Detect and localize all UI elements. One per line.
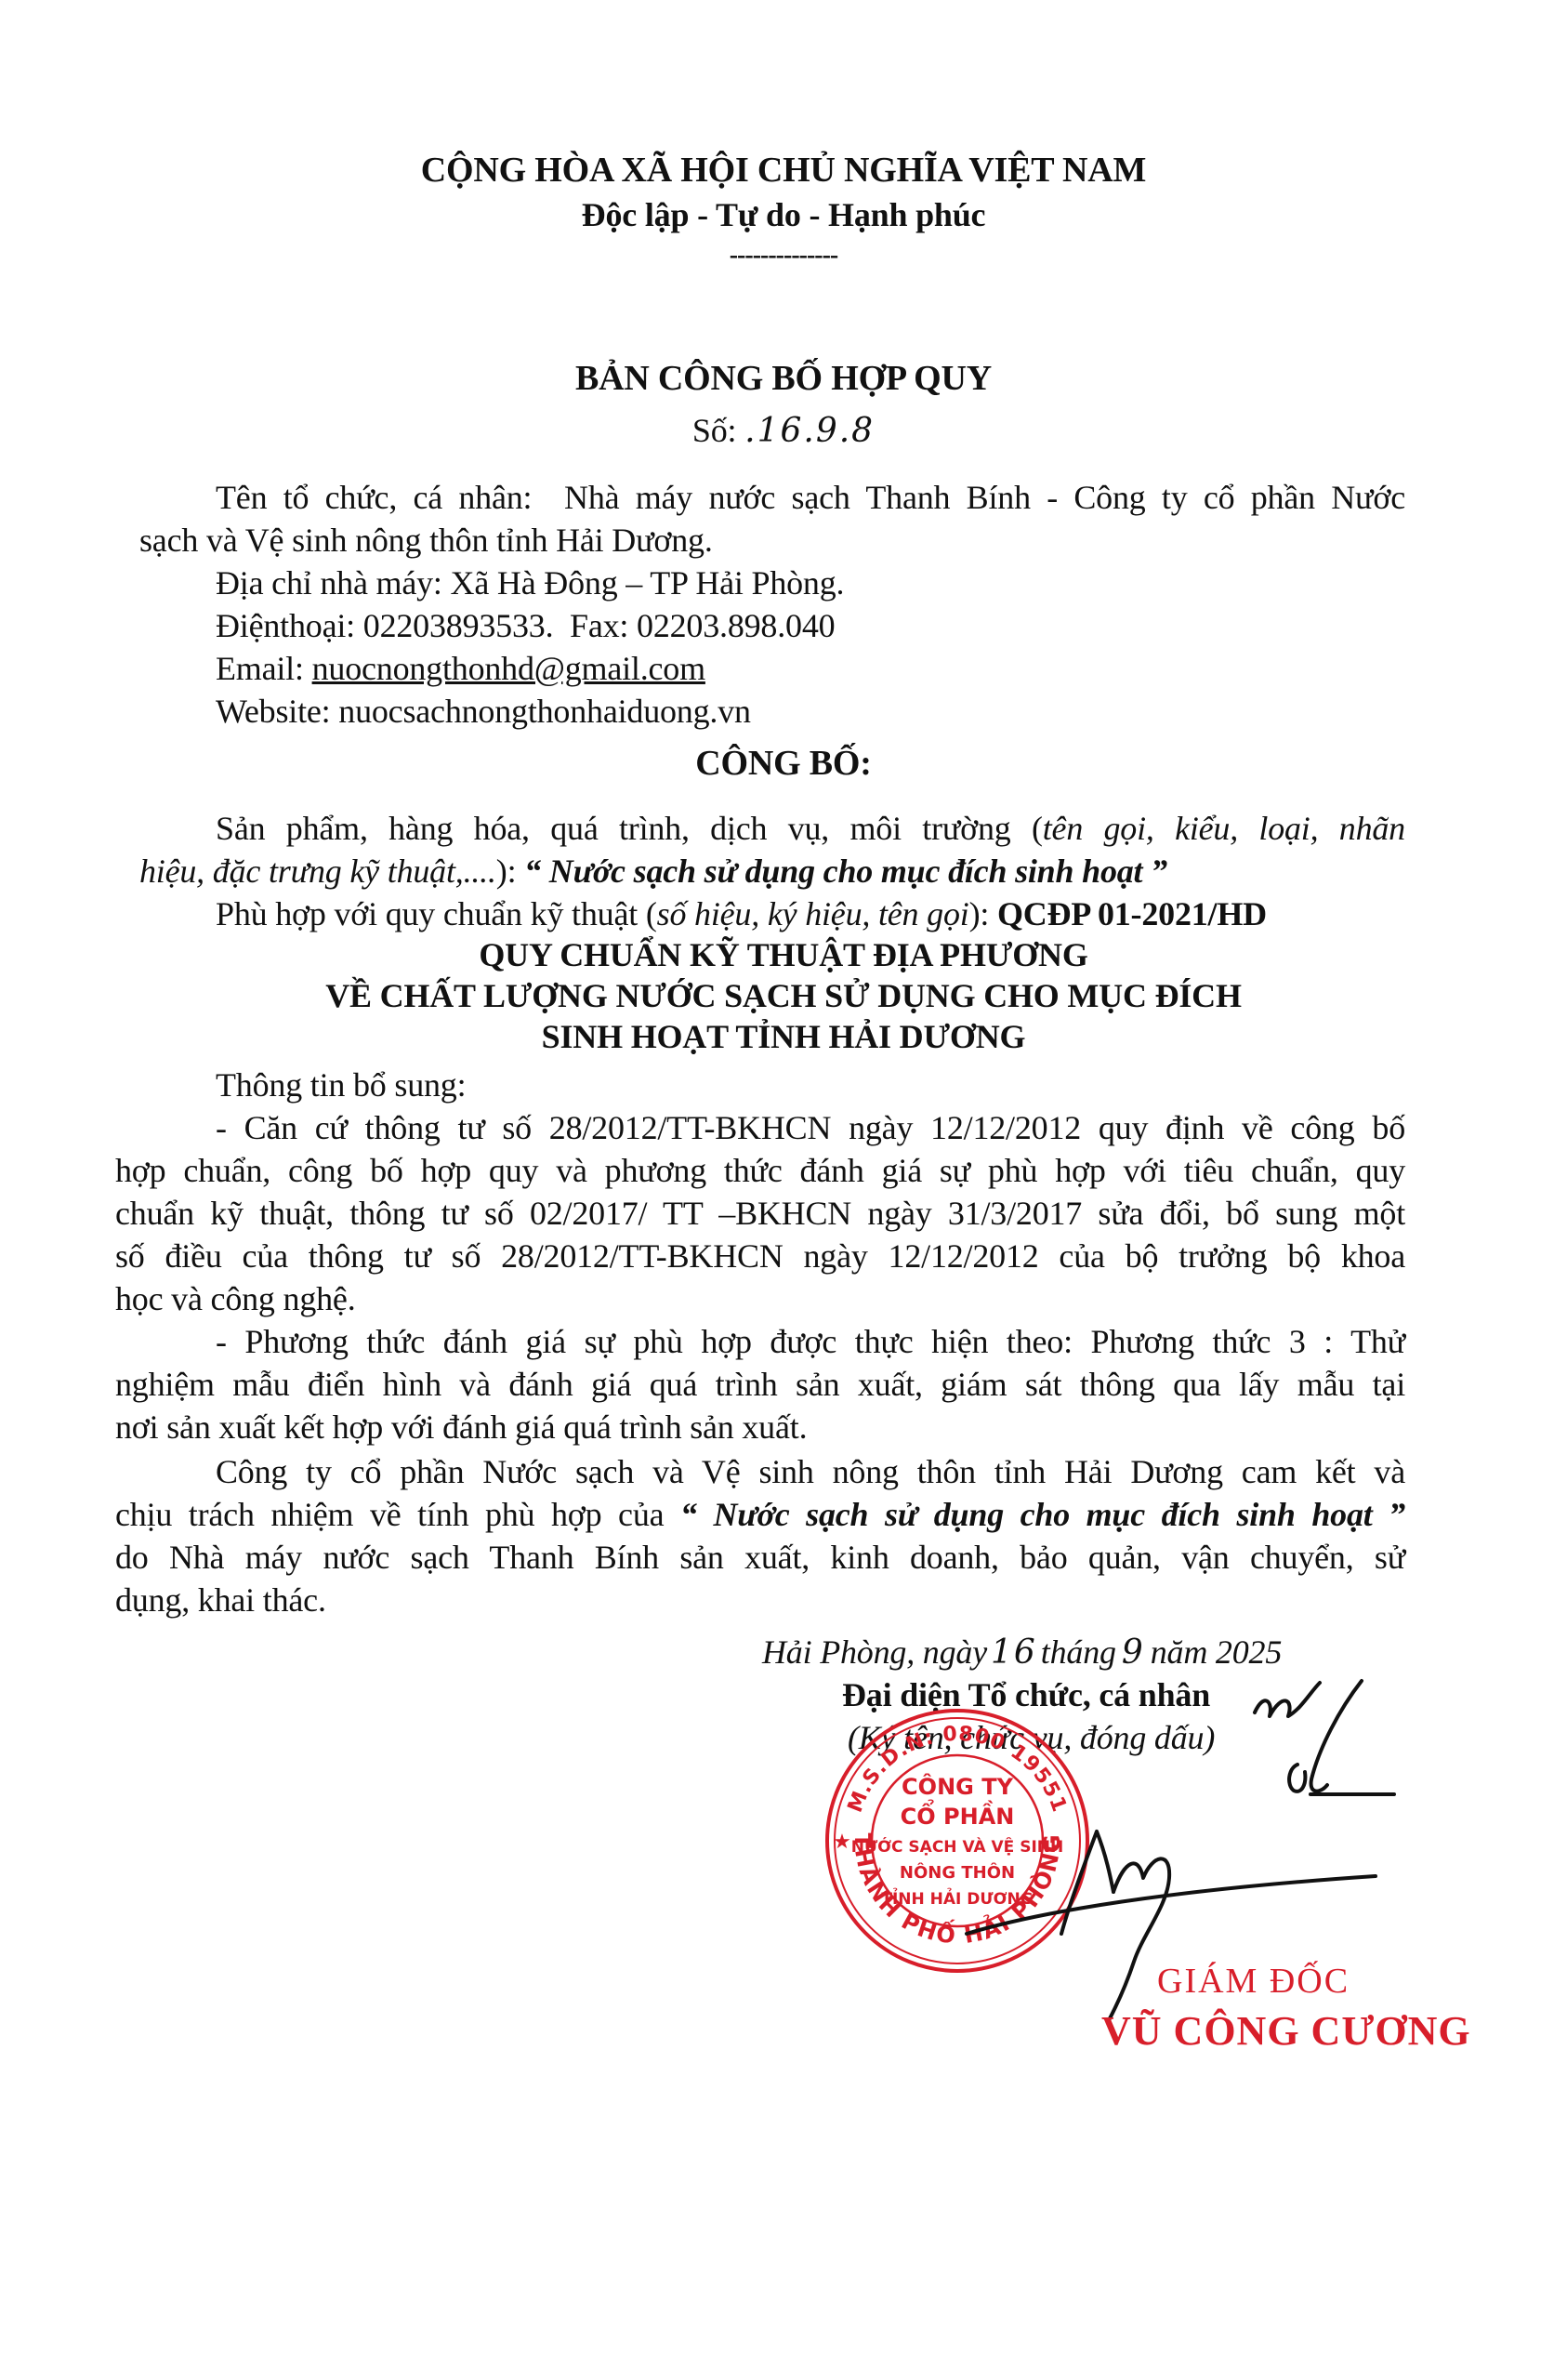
standard-title-line2: VỀ CHẤT LƯỢNG NƯỚC SẠCH SỬ DỤNG CHO MỤC … [0, 974, 1567, 1017]
signer-name: VŨ CÔNG CƯƠNG [1101, 2010, 1471, 2053]
motto: Độc lập - Tự do - Hạnh phúc [0, 193, 1567, 236]
document-number: Số: .16.9.8 [0, 409, 1567, 453]
standard-title-line1: QUY CHUẨN KỸ THUẬT ĐỊA PHƯƠNG [0, 933, 1567, 976]
address-value: Xã Hà Đông – TP Hải Phòng. [451, 564, 845, 602]
standard-title-line3: SINH HOẠT TỈNH HẢI DƯƠNG [0, 1015, 1567, 1058]
signature-scribble [818, 1655, 1468, 2045]
document-title: BẢN CÔNG BỐ HỢP QUY [0, 357, 1567, 400]
org-name-value: Nhà máy nước sạch Thanh Bính - Công ty c… [564, 479, 1405, 516]
fax-value: 02203.898.040 [637, 607, 835, 644]
standard-text: Phù hợp với quy chuẩn kỹ thuật ( [216, 895, 657, 932]
org-phone-fax: Điệnthoại: 02203893533. Fax: 02203.898.0… [216, 604, 835, 647]
info-p1-line3: chuẩn kỹ thuật, thông tư số 02/2017/ TT … [115, 1192, 1405, 1235]
address-label: Địa chỉ nhà máy: [216, 564, 442, 602]
info-p1-line4: số điều của thông tư số 28/2012/TT-BKHCN… [115, 1235, 1405, 1277]
commitment-line2-text: chịu trách nhiệm về tính phù hợp của [115, 1496, 680, 1533]
document-page: CỘNG HÒA XÃ HỘI CHỦ NGHĨA VIỆT NAM Độc l… [0, 0, 1567, 2380]
commitment-line3: do Nhà máy nước sạch Thanh Bính sản xuất… [115, 1536, 1405, 1579]
product-line1: Sản phẩm, hàng hóa, quá trình, dịch vụ, … [216, 807, 1405, 850]
org-address: Địa chỉ nhà máy: Xã Hà Đông – TP Hải Phò… [216, 562, 844, 604]
phone-label: Điệnthoại: [216, 607, 355, 644]
document-number-label: Số: [692, 412, 736, 449]
product-line2-text: ): [496, 853, 524, 890]
info-p1-line5: học và công nghệ. [115, 1277, 356, 1320]
fax-label: Fax: [570, 607, 628, 644]
signer-position: GIÁM ĐỐC [1157, 1960, 1350, 2003]
product-name: “ Nước sạch sử dụng cho mục đích sinh ho… [524, 853, 1167, 890]
org-email: Email: nuocnongthonhd@gmail.com [216, 647, 705, 690]
commitment-line1: Công ty cổ phần Nước sạch và Vệ sinh nôn… [216, 1450, 1405, 1493]
commitment-product: “ Nước sạch sử dụng cho mục đích sinh ho… [680, 1496, 1405, 1533]
product-line1-italic: tên gọi, kiểu, loại, nhãn [1043, 810, 1405, 847]
org-name-label: Tên tổ chức, cá nhân: [216, 479, 532, 516]
email-link[interactable]: nuocnongthonhd@gmail.com [312, 650, 705, 687]
info-p2-line2: nghiệm mẫu điển hình và đánh giá quá trì… [115, 1363, 1405, 1406]
info-p2-line3: nơi sản xuất kết hợp với đánh giá quá tr… [115, 1406, 807, 1448]
org-name-line1: Tên tổ chức, cá nhân: Nhà máy nước sạch … [216, 476, 1405, 519]
org-website: Website: nuocsachnongthonhaiduong.vn [216, 690, 751, 733]
standard-line: Phù hợp với quy chuẩn kỹ thuật (số hiệu,… [216, 892, 1267, 935]
email-label: Email: [216, 650, 304, 687]
commitment-line2: chịu trách nhiệm về tính phù hợp của “ N… [115, 1493, 1405, 1536]
info-p1-line2: hợp chuẩn, công bố hợp quy và phương thứ… [115, 1149, 1405, 1192]
header-divider: -------------- [0, 234, 1567, 277]
standard-text2: ): [969, 895, 997, 932]
website-label: Website: [216, 693, 330, 730]
standard-italic: số hiệu, ký hiệu, tên gọi [657, 895, 969, 932]
product-line2-italic: hiệu, đặc trưng kỹ thuật,.... [139, 853, 496, 890]
additional-info-heading: Thông tin bổ sung: [216, 1064, 466, 1106]
org-name-line2: sạch và Vệ sinh nông thôn tỉnh Hải Dương… [139, 519, 713, 562]
info-p1-line1: - Căn cứ thông tư số 28/2012/TT-BKHCN ng… [216, 1106, 1405, 1149]
product-line2: hiệu, đặc trưng kỹ thuật,....): “ Nước s… [139, 850, 1167, 892]
declaration-heading: CÔNG BỐ: [0, 742, 1567, 785]
standard-code: QCĐP 01-2021/HD [997, 895, 1267, 932]
country-header: CỘNG HÒA XÃ HỘI CHỦ NGHĨA VIỆT NAM [0, 149, 1567, 192]
phone-value: 02203893533. [363, 607, 554, 644]
product-line1-text: Sản phẩm, hàng hóa, quá trình, dịch vụ, … [216, 810, 1043, 847]
info-p2-line1: - Phương thức đánh giá sự phù hợp được t… [216, 1320, 1405, 1363]
commitment-line4: dụng, khai thác. [115, 1579, 326, 1621]
website-value: nuocsachnongthonhaiduong.vn [338, 693, 751, 730]
document-number-value: .16.9.8 [744, 412, 875, 450]
